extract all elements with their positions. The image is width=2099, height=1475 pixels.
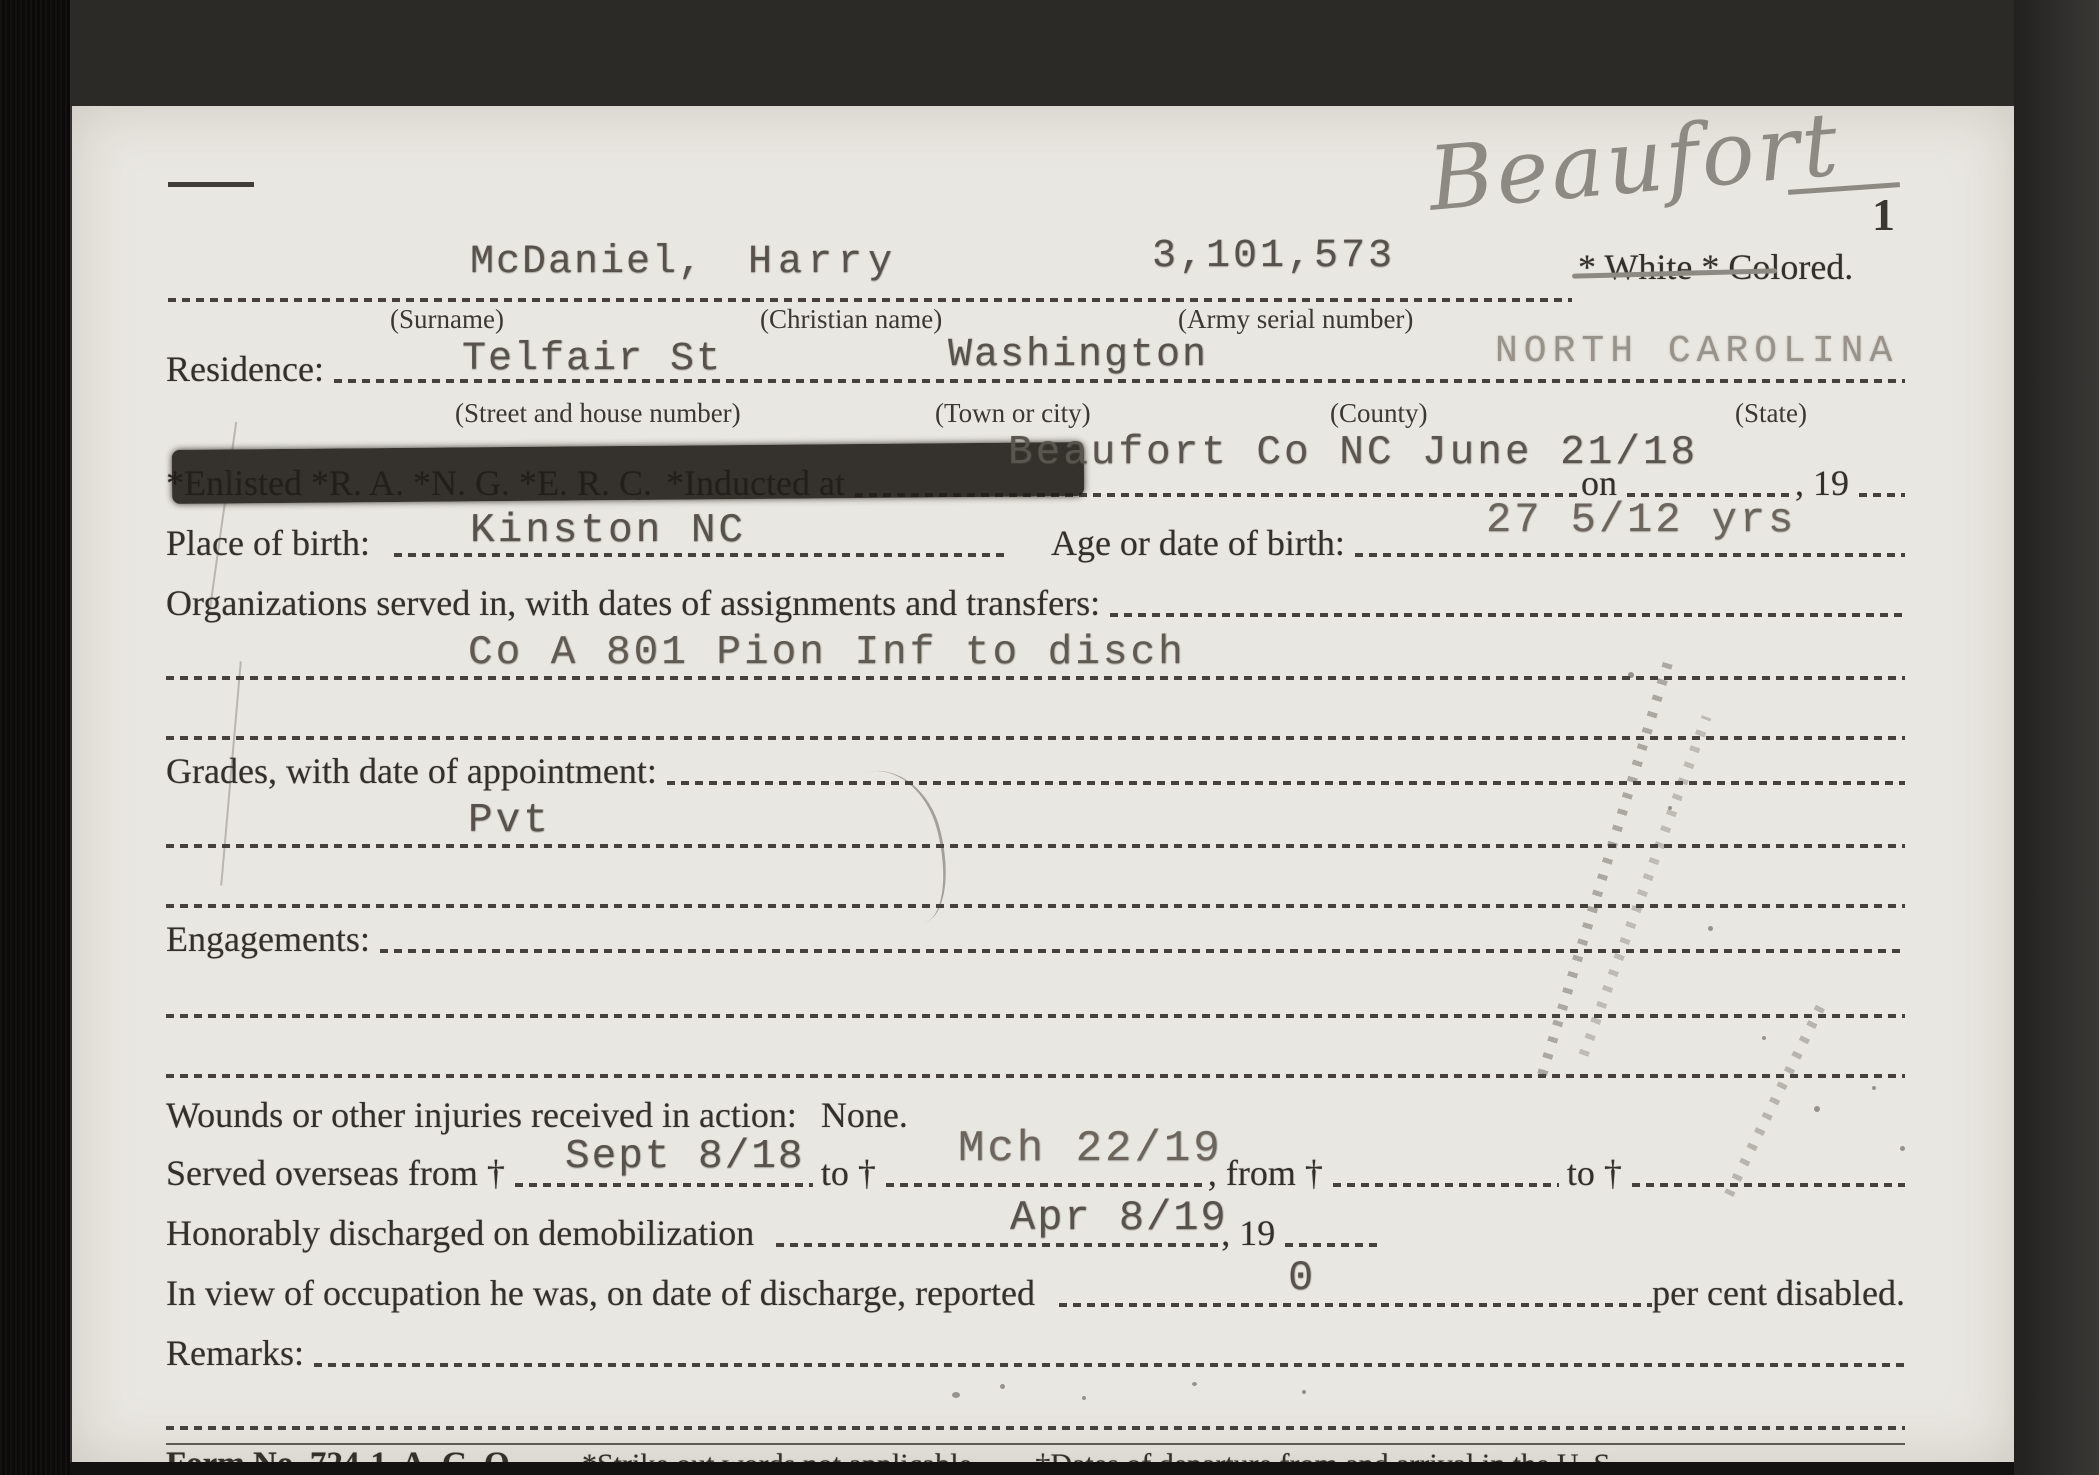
service-record-card: Beaufort 1 McDaniel, Harry 3,101,573 * W… [72,106,2014,1462]
disability-label: In view of occupation he was, on date of… [166,1272,1035,1314]
blank-ruled-line [166,904,1905,908]
scanner-right-band [2014,0,2099,1475]
race-options: * White * Colored. [1578,246,1853,288]
serial-number-caption: (Army serial number) [1178,304,1413,335]
overseas-label: Served overseas from † [166,1152,505,1194]
state-value: NORTH CAROLINA [1495,330,1898,373]
christian-name-value: Harry [748,240,898,285]
handwritten-county-note: Beaufort [1424,106,1844,231]
scanner-top-band [70,0,2014,106]
engagements-ruled-line [380,949,1905,953]
residence-label: Residence: [166,348,324,390]
town-caption: (Town or city) [935,398,1091,429]
pencil-dot [1302,1390,1306,1394]
town-value: Washington [948,333,1208,378]
pencil-dot [1708,926,1713,931]
grade-value: Pvt [468,798,551,844]
grades-label: Grades, with date of appointment: [166,750,657,792]
overseas-to2-label: to † [1567,1152,1622,1194]
discharge-year-ruled-line [1285,1243,1380,1247]
engagements-row: Engagements: [166,918,1905,960]
age-ruled-line [1355,553,1905,557]
place-of-birth-label: Place of birth: [166,522,370,564]
disability-suffix-label: per cent disabled. [1652,1272,1905,1314]
overseas-to-ruled-line [886,1183,1208,1187]
organizations-ruled-line [1110,613,1905,617]
disability-row: In view of occupation he was, on date of… [166,1272,1905,1314]
inducted-at-value: Beaufort Co NC June 21/18 [1008,430,1698,476]
wounds-label: Wounds or other injuries received in act… [166,1094,797,1136]
place-of-birth-value: Kinston NC [470,508,746,554]
pencil-dot [1628,672,1634,678]
engagements-label: Engagements: [166,918,370,960]
name-ruled-line [168,298,1572,302]
disability-percent-value: 0 [1288,1254,1315,1302]
organizations-label: Organizations served in, with dates of a… [166,582,1100,624]
discharge-year-label: , 19 [1221,1212,1275,1254]
overseas-to2-ruled-line [1632,1183,1905,1187]
pencil-dot [1900,1146,1905,1151]
serial-number-value: 3,101,573 [1152,234,1395,279]
footer-dashed-line [166,1426,1905,1430]
pencil-dot [952,1392,960,1398]
footer-solid-line [166,1443,1905,1445]
surname-value: McDaniel, [470,240,704,285]
age-value: 27 5/12 yrs [1486,496,1796,544]
pencil-dot [1762,1036,1766,1040]
pencil-dot [1668,806,1672,810]
enlistment-redaction-mark [172,442,1084,504]
footer-row: Form No. 724-1, A. G. O. *Strike out wor… [166,1446,1905,1462]
scanner-left-strip [0,0,70,1475]
pencil-dot [1814,1106,1820,1112]
overseas-from2-ruled-line [1333,1183,1559,1187]
organizations-value: Co A 801 Pion Inf to disch [468,630,1186,676]
pencil-dot [1082,1396,1086,1400]
state-caption: (State) [1735,398,1807,429]
race-option-white: * White [1578,247,1692,287]
discharge-date-ruled-line [776,1243,1221,1247]
wounds-value: None. [821,1094,908,1136]
discharge-label: Honorably discharged on demobilization [166,1212,754,1254]
induction-year-ruled-line [1859,493,1905,497]
pencil-dot [1000,1384,1005,1389]
overseas-to-label: to † [821,1152,876,1194]
pencil-dot [1192,1382,1197,1386]
remarks-label: Remarks: [166,1332,304,1374]
blank-ruled-line [166,676,1905,680]
overseas-from-value: Sept 8/18 [565,1134,804,1180]
induction-year-label: , 19 [1795,462,1849,504]
form-number: Form No. 724-1, A. G. O. [166,1446,518,1462]
page-number: 1 [1872,188,1895,241]
disability-ruled-line [1059,1303,1652,1307]
top-left-dash-mark [168,182,254,187]
scanner-bottom-band [70,1462,2014,1475]
overseas-from-ruled-line [515,1183,813,1187]
footnote-strikeout: *Strike out words not applicable. [582,1448,979,1462]
street-value: Telfair St [462,337,722,382]
christian-name-caption: (Christian name) [760,304,942,335]
age-label: Age or date of birth: [1051,522,1345,564]
footnote-dates: †Dates of departure from and arrival in … [1035,1448,1617,1462]
blank-ruled-line [166,1014,1905,1018]
blank-ruled-line [166,844,1905,848]
organizations-row: Organizations served in, with dates of a… [166,582,1905,624]
remarks-ruled-line [314,1363,1905,1367]
remarks-row: Remarks: [166,1332,1905,1374]
overseas-from2-label: , from † [1208,1152,1323,1194]
pencil-dot [1872,1086,1876,1090]
discharge-date-value: Apr 8/19 [1010,1194,1228,1242]
blank-ruled-line [166,1074,1905,1078]
surname-caption: (Surname) [390,304,504,335]
race-option-colored: * Colored. [1692,247,1853,287]
overseas-to-value: Mch 22/19 [958,1124,1223,1174]
street-caption: (Street and house number) [455,398,741,429]
county-caption: (County) [1330,398,1428,429]
